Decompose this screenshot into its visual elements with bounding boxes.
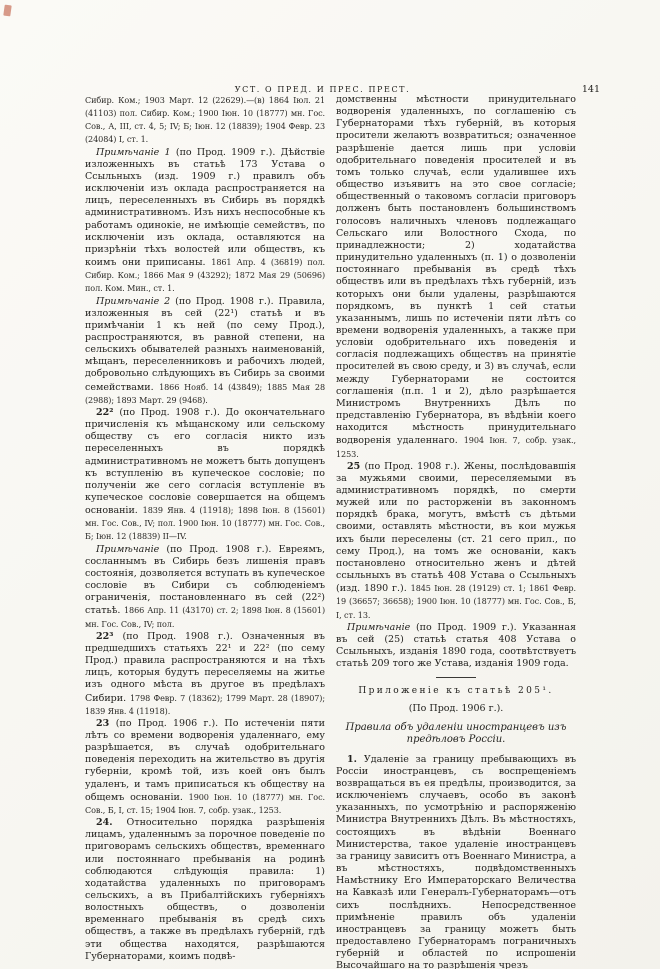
paragraph: Примѣчаніе (по Прод. 1908 г.). Евреямъ, … bbox=[85, 544, 325, 631]
paragraph: Примѣчаніе (по Прод. 1909 г.). Указанная… bbox=[336, 622, 576, 671]
text-segment-bold: 25 bbox=[347, 461, 364, 472]
paragraph: Сибир. Ком.; 1903 Март. 12 (22629).—(в) … bbox=[85, 94, 325, 147]
section-heading-sub: (По Прод. 1906 г.). bbox=[336, 703, 576, 715]
text-segment-plain: (По Прод. 1906 г.). bbox=[409, 703, 504, 714]
text-segment-bold: 22² bbox=[96, 407, 119, 418]
text-columns: Сибир. Ком.; 1903 Март. 12 (22629).—(в) … bbox=[85, 94, 577, 969]
section-divider bbox=[436, 677, 476, 678]
paragraph: домственны мѣстности принудительнаго вод… bbox=[336, 94, 576, 461]
paragraph: 1. Удаленіе за границу пребывающихъ въ Р… bbox=[336, 754, 576, 969]
column-right: домственны мѣстности принудительнаго вод… bbox=[336, 94, 576, 969]
text-segment-cite: Сибир. Ком.; 1903 Март. 12 (22629).—(в) … bbox=[85, 95, 325, 144]
text-segment-plain: (по Прод. 1908 г.). Жены, послѣдовавшія … bbox=[336, 461, 576, 595]
text-segment-plain: Правила объ удаленіи иностранцевъ изъ пр… bbox=[346, 722, 567, 746]
text-segment-plain: Относительно порядка разрѣшенія лицамъ, … bbox=[85, 817, 325, 962]
section-heading-caps: Приложеніе къ статьѣ 205¹. bbox=[336, 685, 576, 697]
text-segment-plain: (по Прод. 1908 г.). До окончательнаго пр… bbox=[85, 407, 325, 516]
paragraph: 22³ (по Прод. 1908 г.). Означенныя въ пр… bbox=[85, 631, 325, 718]
paragraph: 25 (по Прод. 1908 г.). Жены, послѣдовавш… bbox=[336, 461, 576, 622]
paragraph: 23 (по Прод. 1906 г.). По истеченіи пяти… bbox=[85, 718, 325, 817]
text-segment-italic: Примѣчаніе 1 bbox=[96, 147, 176, 158]
paragraph: 24. Относительно порядка разрѣшенія лица… bbox=[85, 817, 325, 963]
text-segment-plain: (по Прод. 1908 г.). Правила, изложенныя … bbox=[85, 296, 325, 393]
text-segment-bold: 23 bbox=[96, 718, 116, 729]
paragraph: Примѣчаніе 2 (по Прод. 1908 г.). Правила… bbox=[85, 296, 325, 407]
running-title: УСТ. О ПРЕД. И ПРЕС. ПРЕСТ. bbox=[85, 85, 560, 94]
paragraph: Примѣчаніе 1 (по Прод. 1909 г.). Дѣйстві… bbox=[85, 147, 325, 296]
text-segment-plain: (по Прод. 1906 г.). По истеченіи пяти лѣ… bbox=[85, 718, 325, 803]
column-left: Сибир. Ком.; 1903 Март. 12 (22629).—(в) … bbox=[85, 94, 325, 969]
text-segment-bold: 1. bbox=[347, 754, 364, 765]
text-segment-italic: Примѣчаніе bbox=[96, 544, 166, 555]
text-segment-plain: домственны мѣстности принудительнаго вод… bbox=[336, 94, 576, 446]
scanned-document-page: УСТ. О ПРЕД. И ПРЕС. ПРЕСТ. 141 Сибир. К… bbox=[0, 0, 660, 969]
text-segment-bold: 22³ bbox=[96, 631, 123, 642]
scan-artifact bbox=[3, 5, 11, 17]
text-segment-italic: Примѣчаніе bbox=[347, 622, 416, 633]
text-segment-bold: 24. bbox=[96, 817, 127, 828]
text-segment-plain: Удаленіе за границу пребывающихъ въ Росс… bbox=[336, 754, 576, 969]
text-segment-italic: Примѣчаніе 2 bbox=[96, 296, 175, 307]
text-segment-plain: (по Прод. 1909 г.). Дѣйствіе изложенныхъ… bbox=[85, 147, 325, 268]
section-heading-italic: Правила объ удаленіи иностранцевъ изъ пр… bbox=[340, 722, 572, 747]
paragraph: 22² (по Прод. 1908 г.). До окончательнаг… bbox=[85, 407, 325, 544]
text-segment-plain: Приложеніе къ статьѣ 205¹. bbox=[358, 686, 553, 696]
